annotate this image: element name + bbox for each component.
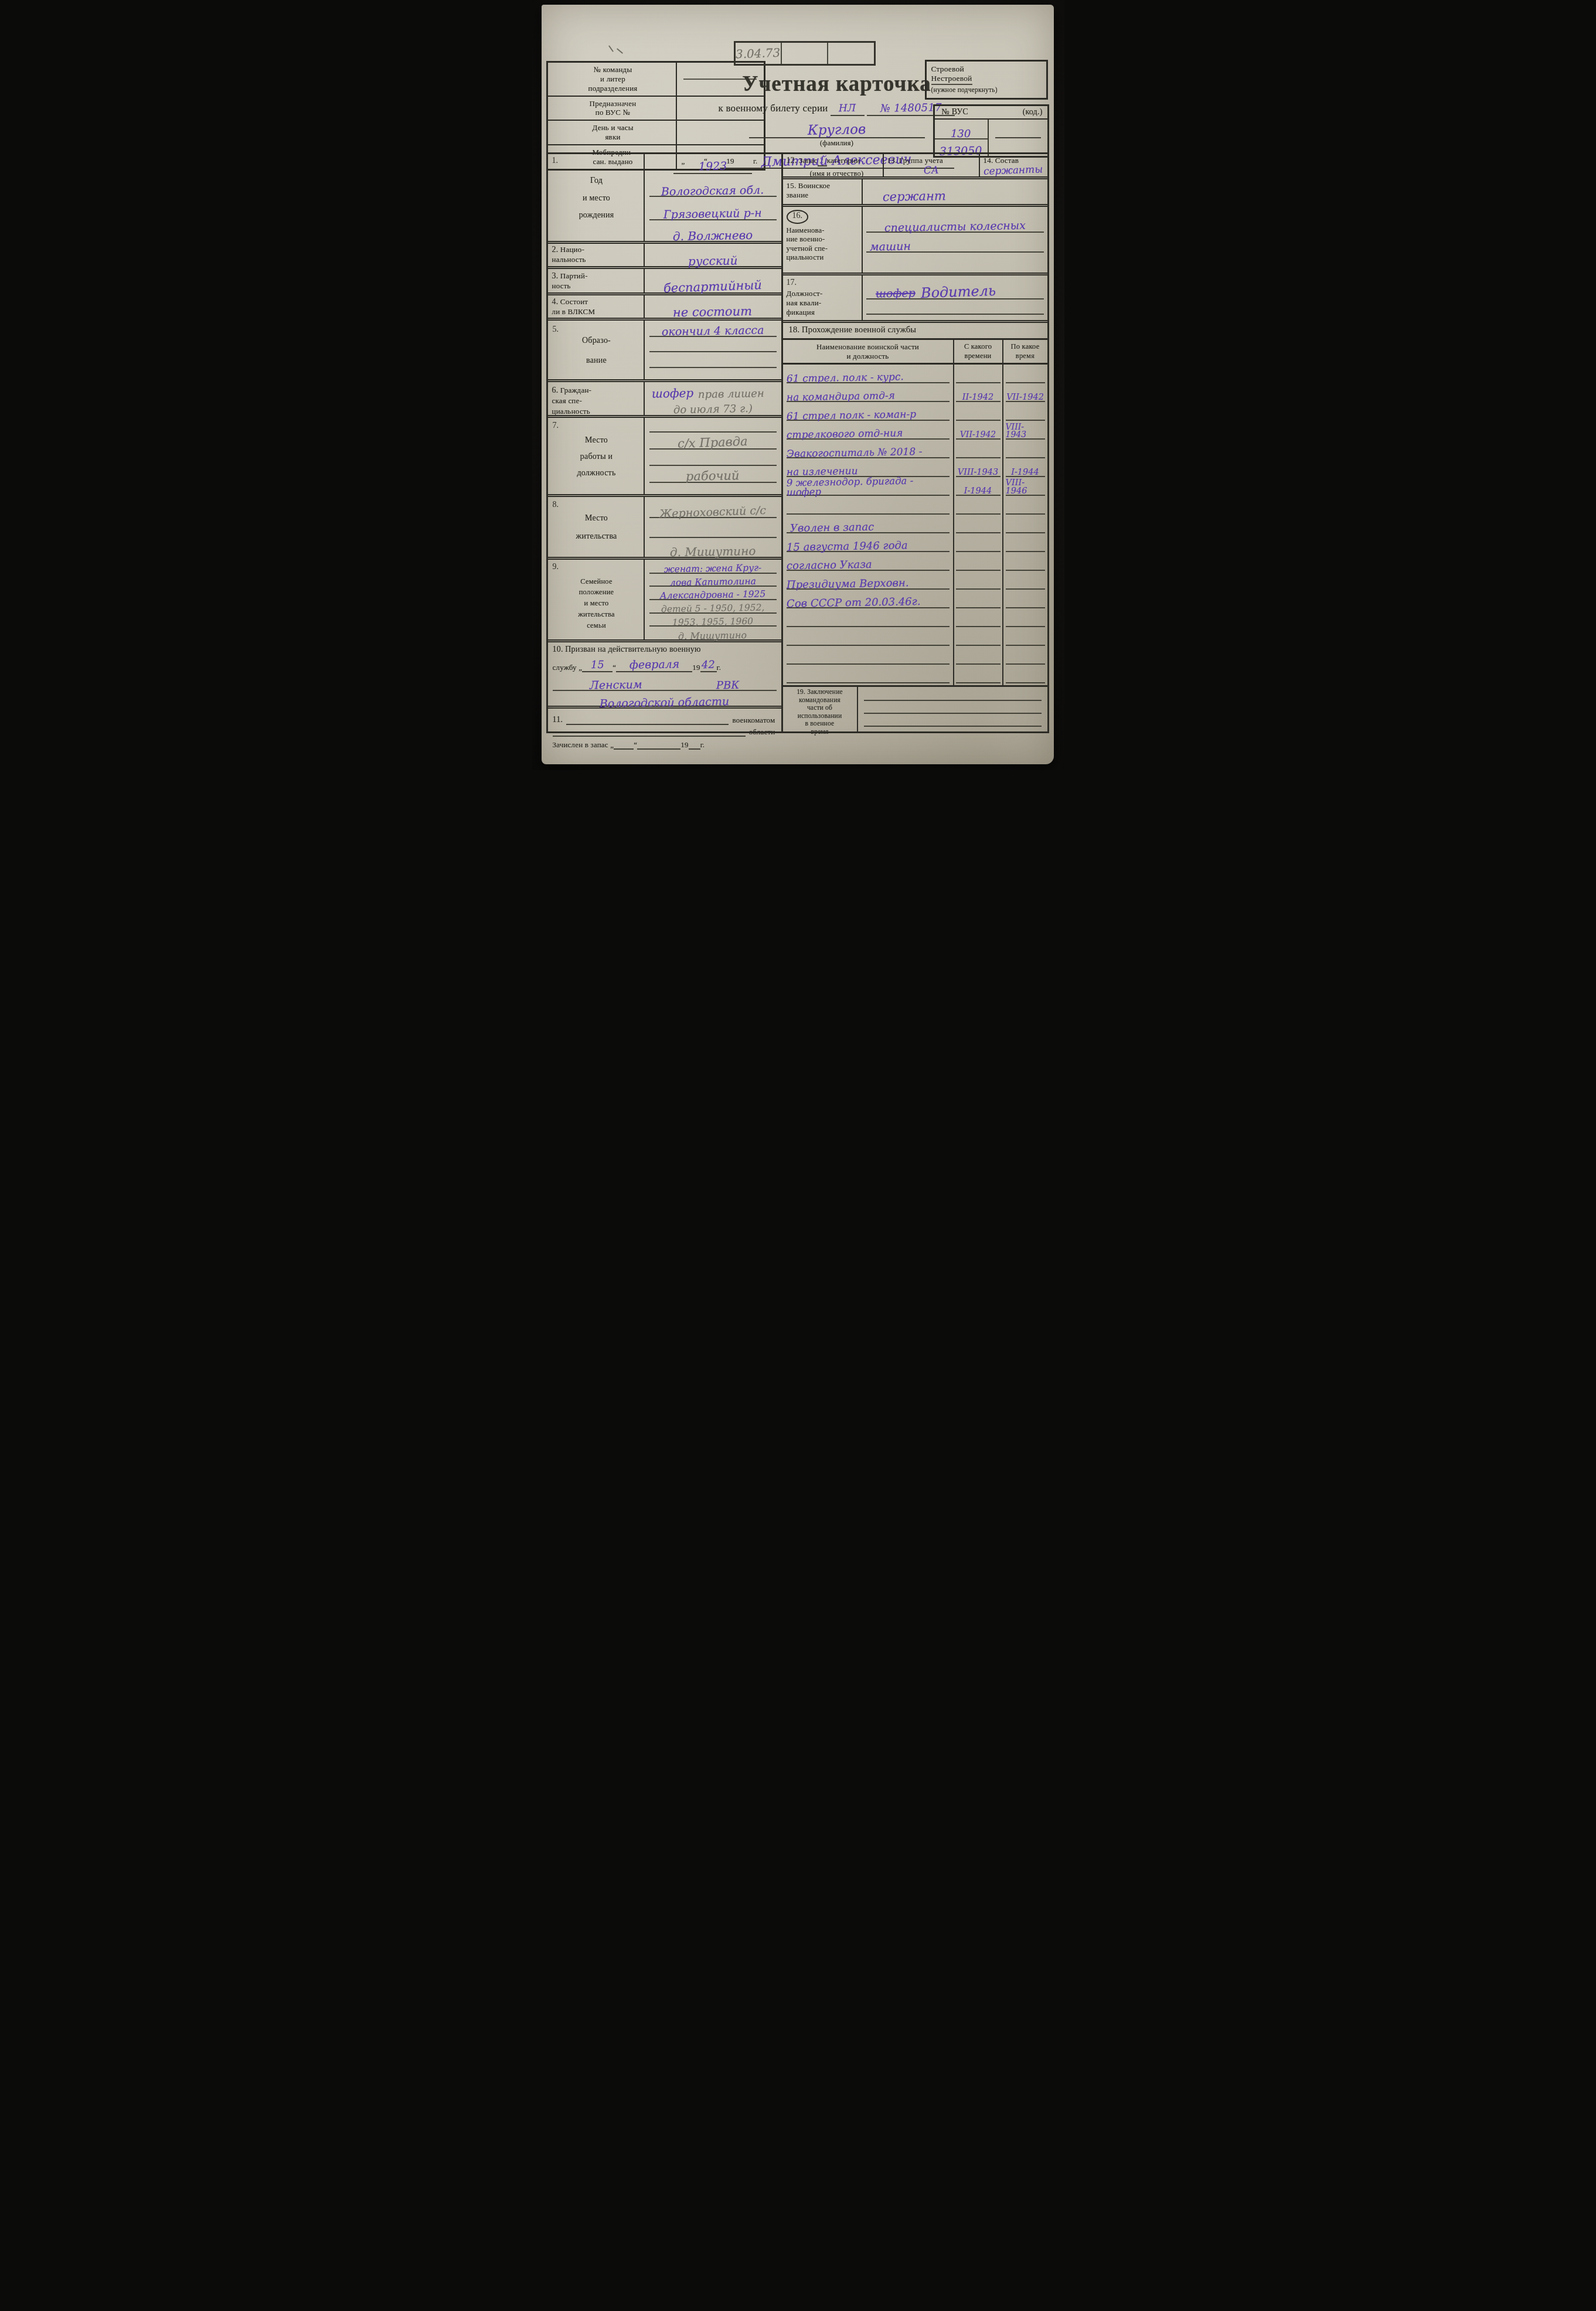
serial-series: НЛ xyxy=(839,104,856,114)
item-label: 5. Образо- вание xyxy=(548,321,645,379)
item-12-reserve-category: 12. Запас1категории xyxy=(783,154,884,176)
service-row: Эвакогоспиталь № 2018 - на излечении VII… xyxy=(783,440,1047,477)
item-value: Жерноховский с/с д. Мишутино xyxy=(645,497,781,557)
item-1-birth: 1. Год и место рождения 1923 Вологодская… xyxy=(548,154,781,244)
item-label: 2. Нацио- нальность xyxy=(548,244,645,266)
service-table-header: Наименование воинской части и должность … xyxy=(783,340,1047,365)
item-9-family: 9. Семейное положение и место жительства… xyxy=(548,560,781,642)
item-16-military-specialty: 16. Наименова- ние военно- учетной спе- … xyxy=(783,207,1047,275)
discharge-note: Уволен в запас 15 августа 1946 года согл… xyxy=(783,515,1047,608)
item-2-nationality: 2. Нацио- нальность русский xyxy=(548,244,781,269)
drafted-oblast-line: Вологодской области xyxy=(553,691,777,709)
item-label: 9. Семейное положение и место жительства… xyxy=(548,560,645,639)
item-label: 4. Состоит ли в ВЛКСМ xyxy=(548,295,645,318)
item-4-vlksm: 4. Состоит ли в ВЛКСМ не состоит xyxy=(548,295,781,321)
surname-line: Круглов xyxy=(749,120,925,138)
serial-line: к военному билету серии НЛ № 1480517 xyxy=(709,103,965,116)
item-label: 7. Место работы и должность xyxy=(548,418,645,494)
item-value: окончил 4 класса xyxy=(645,321,781,379)
item-10-drafted: 10. Призван на действительную военную сл… xyxy=(548,642,781,709)
vus-right-cell xyxy=(989,120,1047,156)
item-15-rank: 15. Воинское звание сержант xyxy=(783,179,1047,207)
stamp-cell: 3.04.73 xyxy=(736,43,782,64)
service-row: 61 стрел. полк - курс. на командира отд-… xyxy=(783,365,1047,402)
vus-code-label: (код.) xyxy=(1023,107,1043,117)
service-row-blank xyxy=(783,665,1047,683)
combat-option-nonline: Нестроевой xyxy=(931,74,972,84)
col-header-from: С какого времени xyxy=(954,340,1003,363)
vus-value: 130 xyxy=(951,129,971,139)
item-label: 17. Должност- ная квали- фикация xyxy=(783,275,863,320)
item-14-composition: 14. Состав сержанты xyxy=(980,154,1046,176)
col-header-unit: Наименование воинской части и должность xyxy=(783,340,954,363)
item-6-civil-specialty: 6. Граждан- ская спе- циальность шофер п… xyxy=(548,382,781,418)
service-row-blank xyxy=(783,496,1047,515)
row-label: День и часы явки xyxy=(548,121,677,144)
item-value: 1923 Вологодская обл. Грязовецкий р-н д.… xyxy=(645,154,781,241)
item-17-position-qualification: 17. Должност- ная квали- фикация шофер В… xyxy=(783,275,1047,323)
item-value: с/х Правда рабочий xyxy=(645,418,781,494)
item-11-enlisted-reserve: 11. военкоматом области Зачислен в запас… xyxy=(548,709,781,750)
vus-left-cell: 130 313050 xyxy=(935,120,989,156)
item-8-residence: 8. Место жительства Жерноховский с/с д. … xyxy=(548,497,781,560)
right-column: 12. Запас1категории 13. Группа учета СА … xyxy=(783,154,1047,731)
service-heading: 18. Прохождение военной службы xyxy=(783,323,1047,340)
card-header: № команды и литер подразделения Предназн… xyxy=(542,5,1054,152)
reserve-line: Зачислен в запас „ “ 19 г. xyxy=(553,737,775,750)
stamp-cell xyxy=(782,43,828,64)
item-13-accounting-group: 13. Группа учета СА xyxy=(884,154,980,176)
service-table: Наименование воинской части и должность … xyxy=(783,340,1047,685)
struck-value: шофер xyxy=(875,288,915,299)
service-row-blank xyxy=(783,646,1047,665)
item-label: 16. Наименова- ние военно- учетной спе- … xyxy=(783,207,863,273)
item-label: 19. Заключение командования части об исп… xyxy=(783,687,858,731)
service-row-blank xyxy=(783,627,1047,646)
combat-note: (нужное подчеркнуть) xyxy=(931,86,1042,94)
left-column: 1. Год и место рождения 1923 Вологодская… xyxy=(548,154,783,731)
stamp-cell xyxy=(828,43,873,64)
row-label: Предназначен по ВУС № xyxy=(548,97,677,120)
date-stamp-box: 3.04.73 xyxy=(734,41,876,66)
item-value: сержант xyxy=(863,179,1047,204)
vus-number-box: № ВУС (код.) 130 313050 xyxy=(933,104,1049,158)
item-label: 1. Год и место рождения xyxy=(548,154,645,241)
service-row-blank xyxy=(783,608,1047,627)
surname: Круглов xyxy=(808,124,866,138)
item-3-party: 3. Партий- ность беспартийный xyxy=(548,269,781,295)
scan-background: Ум № команды и литер подразделения Предн… xyxy=(532,0,1064,770)
item-value: шофер Водитель xyxy=(863,275,1047,320)
row-label: № команды и литер подразделения xyxy=(548,63,677,96)
item-value: не состоит xyxy=(645,295,781,318)
circled-16: 16. xyxy=(787,210,809,224)
ruled-line xyxy=(864,692,1042,701)
drafted-line-2: службу „ 15 “ февраля 1942 г. xyxy=(553,655,777,672)
surname-caption: (фамилия) xyxy=(709,139,965,148)
registration-card: № команды и литер подразделения Предназн… xyxy=(542,5,1054,764)
service-row: 9 железнодор. бригада - шофер I-1944 VII… xyxy=(783,477,1047,496)
item-value: шофер прав лишен до июля 73 г.) xyxy=(645,382,781,415)
item-label: 15. Воинское звание xyxy=(783,179,863,204)
item-value: специалисты колесных машин xyxy=(863,207,1047,273)
main-grid: 1. Год и место рождения 1923 Вологодская… xyxy=(546,152,1049,733)
vus-header: № ВУС (код.) xyxy=(935,106,1047,120)
service-row: 61 стрел полк - коман-р стрелкового отд-… xyxy=(783,402,1047,440)
stamp-date: 3.04.73 xyxy=(736,47,781,60)
item-value: беспартийный xyxy=(645,269,781,292)
drafted-line-1: 10. Призван на действительную военную xyxy=(553,645,777,655)
ruled-line xyxy=(864,704,1042,714)
serial-prefix: к военному билету серии xyxy=(719,103,828,114)
item-value xyxy=(858,687,1047,731)
item-7-workplace: 7. Место работы и должность с/х Правда р… xyxy=(548,418,781,497)
combat-option-line: Строевой xyxy=(931,64,1042,74)
item-label: 6. Граждан- ская спе- циальность xyxy=(548,382,645,415)
item-19-command-conclusion: 19. Заключение командования части об исп… xyxy=(783,685,1047,731)
drafted-rvk-line: Ленским РВК xyxy=(553,672,777,691)
combat-status-box: Строевой Нестроевой (нужное подчеркнуть) xyxy=(925,60,1048,100)
vus-body: 130 313050 xyxy=(935,120,1047,156)
voenkomat-line: 11. военкоматом xyxy=(553,712,775,725)
item-value: русский xyxy=(645,244,781,266)
item-value: женат: жена Круг- лова Капитолина Алекса… xyxy=(645,560,781,639)
ruled-line xyxy=(864,717,1042,727)
col-header-to: По какое время xyxy=(1003,340,1047,363)
row-12-13-14: 12. Запас1категории 13. Группа учета СА … xyxy=(783,154,1047,179)
item-label: 8. Место жительства xyxy=(548,497,645,557)
item-label: 3. Партий- ность xyxy=(548,269,645,292)
oblast-line: области xyxy=(553,725,775,737)
item-5-education: 5. Образо- вание окончил 4 класса xyxy=(548,321,781,382)
vus-title: № ВУС xyxy=(942,107,968,117)
